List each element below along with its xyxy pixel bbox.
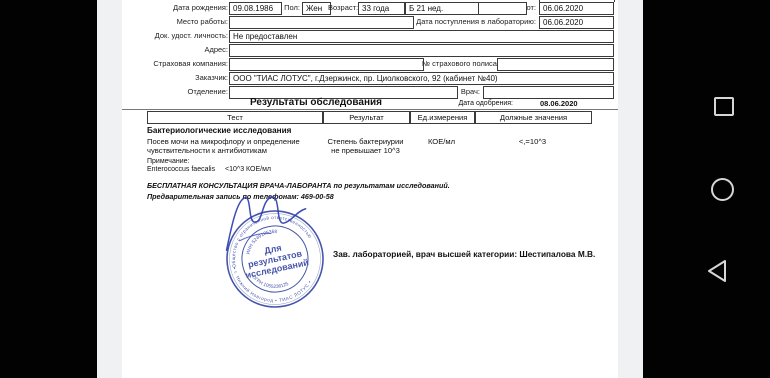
column-header-result: Результат (323, 111, 410, 124)
doctor-field (483, 86, 614, 99)
note-label: Примечание: (147, 157, 347, 166)
unit-cell: КОЕ/мл (410, 137, 473, 146)
approval-date: 08.06.2020 (540, 99, 578, 108)
address-field (229, 44, 614, 57)
sex-field: Жен (302, 2, 331, 15)
column-header-reference: Должные значения (475, 111, 592, 124)
head-of-lab-signature: Зав. лабораторией, врач высшей категории… (333, 249, 595, 259)
insurance-field (229, 58, 424, 71)
screen-edge-left (0, 0, 97, 378)
doctor-label: Врач: (458, 86, 480, 97)
android-nav-bar (643, 0, 770, 378)
age-label: Возраст: (328, 2, 357, 13)
column-header-unit: Ед.измерения (410, 111, 475, 124)
test-name-cell: Посев мочи на микрофлору и определение ч… (147, 137, 325, 155)
results-title: Результаты обследования (250, 97, 382, 108)
department-label: Отделение: (122, 86, 228, 97)
insurance-label: Страховая компания: (122, 58, 228, 69)
age-field: 33 года (358, 2, 405, 15)
device-screen: Дата рождения: 09.08.1986 Пол: Жен Возра… (0, 0, 770, 378)
sex-label: Пол: (280, 2, 300, 13)
from-label: от: (514, 2, 536, 13)
column-header-test: Тест (147, 111, 323, 124)
home-button circle-icon[interactable] (711, 178, 734, 201)
birth-date-label: Дата рождения: (122, 2, 228, 13)
document-page: Дата рождения: 09.08.1986 Пол: Жен Возра… (122, 0, 618, 378)
divider-line (122, 109, 618, 110)
policy-field (497, 58, 614, 71)
policy-label: № страхового полиса: (422, 58, 494, 69)
pregnancy-field: Б 21 нед. (405, 2, 480, 15)
recents-button square-icon[interactable] (714, 97, 734, 116)
result-cell: Степень бактериурии не превышает 10^3 (323, 137, 408, 155)
customer-label: Заказчик: (122, 72, 228, 83)
reference-cell: <,=10^3 (475, 137, 590, 146)
lab-admission-label: Дата поступления в лабораторию: (352, 16, 536, 27)
approval-date-label: Дата одобрения: (452, 100, 513, 107)
customer-field: ООО "ТИАС ЛОТУС", г.Дзержинск, пр. Циолк… (229, 72, 614, 85)
id-doc-field: Не предоставлен (229, 30, 614, 43)
id-doc-label: Док. удост. личность: (122, 30, 228, 41)
from-date-field: 06.06.2020 (539, 2, 614, 15)
address-label: Адрес: (122, 44, 228, 55)
lab-admission-field: 06.06.2020 (539, 16, 614, 29)
birth-date-field: 09.08.1986 (229, 2, 282, 15)
workplace-label: Место работы: (122, 16, 228, 27)
signature-scrawl (215, 185, 317, 263)
note-value: <10^3 КОЕ/мл (217, 166, 271, 173)
note-line: Enterococcus faecalis <10^3 КОЕ/мл (147, 166, 271, 173)
back-button triangle-icon[interactable] (705, 258, 729, 284)
section-title: Бактериологические исследования (147, 126, 291, 135)
note-organism: Enterococcus faecalis (147, 166, 215, 173)
